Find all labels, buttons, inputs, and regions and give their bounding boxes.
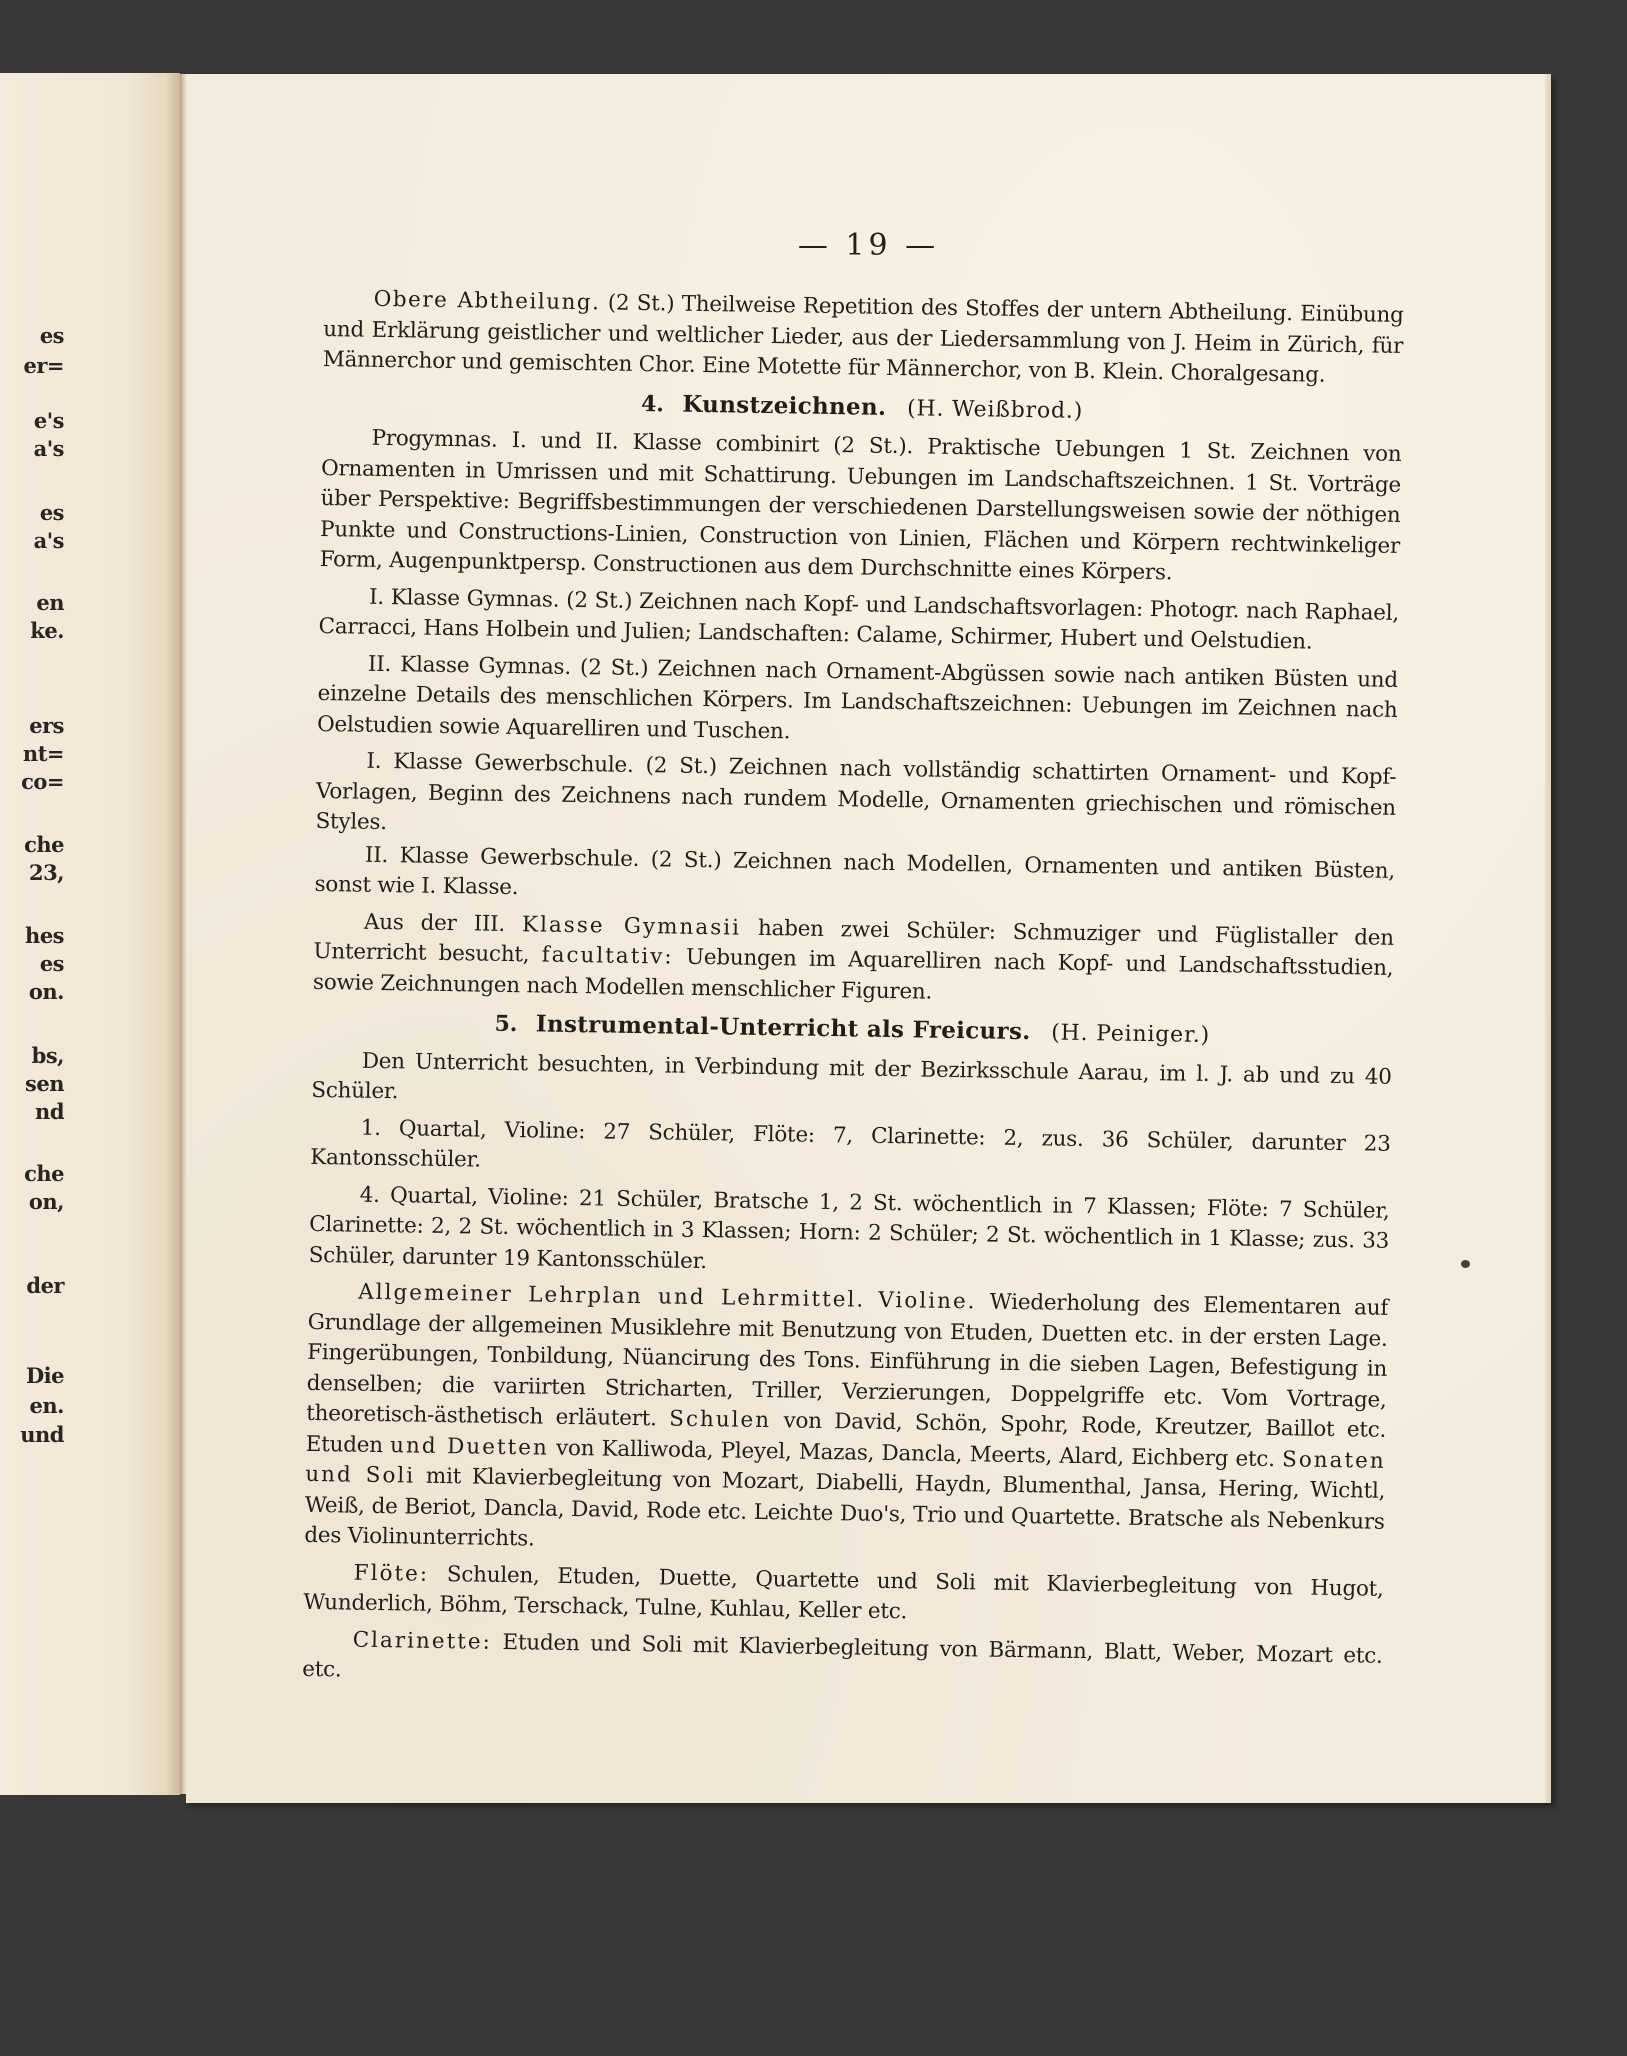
margin-fragment: er= [0,353,64,378]
paragraph: Den Unterricht besuchten, in Verbindung … [311,1045,1392,1123]
paragraph: II. Klasse Gymnas. (2 St.) Zeichnen nach… [317,648,1398,756]
paragraph-obere-abtheilung: Obere Abtheilung. (2 St.) Theilweise Rep… [323,284,1404,392]
page-body: Obere Abtheilung. (2 St.) Theilweise Rep… [302,284,1404,1708]
paragraph-lead: Obere Abtheilung. [374,287,601,316]
section-teacher: (H. Weißbrod.) [907,396,1083,424]
margin-fragment: 23, [0,860,64,885]
ink-spot [1461,1260,1470,1268]
paragraph-extra-students: Aus der III. Klasse Gymnasii haben zwei … [313,906,1394,1014]
paragraph: 4. Quartal, Violine: 21 Schüler, Bratsch… [308,1179,1389,1287]
margin-fragment: che [0,1161,64,1186]
margin-fragment: es [0,323,64,348]
paragraph-flute: Flöte: Schulen, Etuden, Duette, Quartett… [303,1557,1384,1635]
paragraph: I. Klasse Gewerbschule. (2 St.) Zeichnen… [315,746,1396,854]
margin-fragment: nt= [0,741,64,766]
margin-fragment: es [0,951,64,976]
section-title: Kunstzeichnen. [682,390,886,420]
paragraph-curriculum: Allgemeiner Lehrplan und Lehrmittel. Vio… [304,1277,1388,1568]
margin-fragment: hes [0,923,64,948]
section-teacher: (H. Peiniger.) [1051,1021,1210,1048]
paragraph: I. Klasse Gymnas. (2 St.) Zeichnen nach … [318,581,1399,659]
margin-fragment: en [0,590,64,615]
margin-fragment: en. [0,1393,64,1418]
margin-fragment: co= [0,769,64,794]
margin-fragment: ers [0,713,64,738]
paragraph: Progymnas. I. und II. Klasse combinirt (… [319,423,1401,592]
margin-fragment: ke. [0,618,64,643]
margin-fragment: a's [0,436,64,461]
margin-fragment: on, [0,1189,64,1214]
margin-fragment: che [0,832,64,857]
margin-fragment: bs, [0,1043,64,1068]
margin-fragment: und [0,1422,64,1447]
document-page: — 19 — Obere Abtheilung. (2 St.) Theilwe… [186,74,1551,1803]
page-number: — 19 — [186,228,1551,263]
margin-fragment: on. [0,979,64,1004]
section-number: 4. [641,390,664,416]
section-title: Instrumental-Unterricht als Freicurs. [536,1010,1031,1045]
paragraph-clarinet: Clarinette: Etuden und Soli mit Klavierb… [302,1624,1383,1702]
margin-fragment: der [0,1273,64,1298]
margin-fragment: a's [0,528,64,553]
margin-fragment: sen [0,1071,64,1096]
margin-fragment: e's [0,408,64,433]
page-edge [1545,74,1551,1803]
previous-page-sliver: es er= e's a's es a's en ke. ers nt= co=… [0,73,180,1795]
margin-fragment: es [0,500,64,525]
margin-fragment: nd [0,1099,64,1124]
section-number: 5. [494,1011,517,1037]
margin-fragment: Die [0,1363,64,1388]
paragraph: 1. Quartal, Violine: 27 Schüler, Flöte: … [310,1112,1391,1190]
